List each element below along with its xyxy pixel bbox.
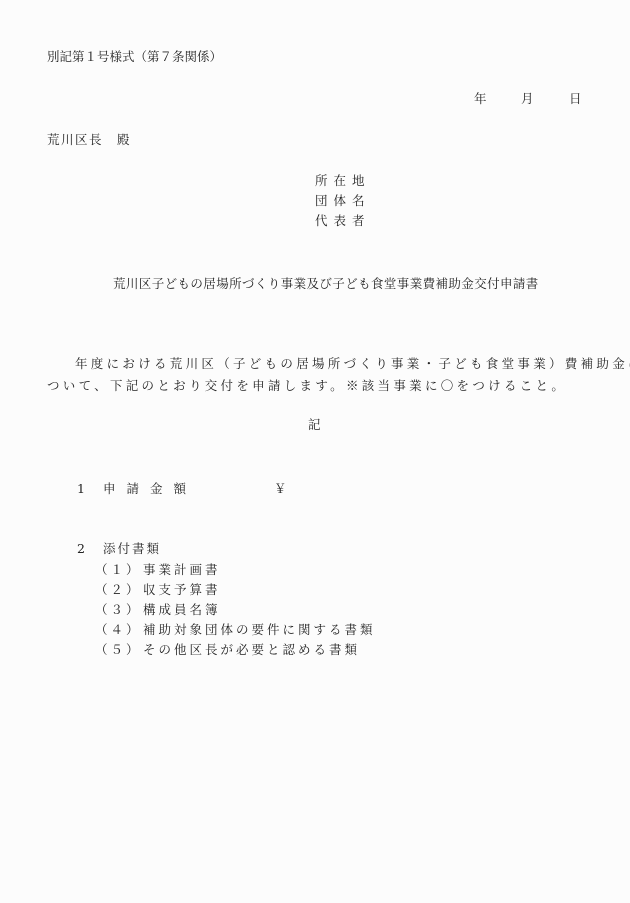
date-year-label: 年 — [474, 91, 487, 107]
yen-symbol: ￥ — [274, 481, 287, 497]
addressee: 荒川区長殿 — [47, 132, 131, 148]
item-label: 添付書類 — [103, 541, 161, 556]
addressee-name: 荒川区長 — [47, 132, 103, 147]
body-paragraph-line-2: ついて、下記のとおり交付を申請します。※該当事業に〇をつけること。 — [47, 378, 582, 394]
item-label: 申請金額 — [103, 481, 197, 496]
item-attachments: 2添付書類 — [77, 541, 161, 557]
date-month-label: 月 — [521, 91, 534, 107]
attachment-text: その他区長が必要と認める書類 — [143, 642, 360, 657]
attachment-list-item: （２）収支予算書 — [95, 582, 221, 598]
attachment-list-item: （１）事業計画書 — [95, 562, 221, 578]
item-number: 1 — [77, 481, 103, 497]
attachment-text: 補助対象団体の要件に関する書類 — [143, 622, 376, 637]
addressee-honorific: 殿 — [117, 132, 131, 147]
item-application-amount: 1申請金額 ￥ — [77, 481, 197, 497]
date-day-label: 日 — [569, 91, 582, 107]
applicant-representative-label: 代表者 — [315, 213, 371, 229]
item-number: 2 — [77, 541, 103, 557]
attachment-text: 構成員名簿 — [143, 602, 221, 617]
body-line-1-text: 年度における荒川区（子どもの居場所づくり事業・子ども食堂事業）費補助金に — [75, 356, 630, 371]
document-title: 荒川区子どもの居場所づくり事業及び子ども食堂事業費補助金交付申請書 — [113, 276, 539, 292]
ki-heading: 記 — [308, 417, 321, 433]
attachment-number: （４） — [95, 622, 143, 638]
applicant-organization-label: 団体名 — [315, 193, 371, 209]
attachment-number: （２） — [95, 582, 143, 598]
attachment-text: 事業計画書 — [143, 562, 221, 577]
attachment-number: （５） — [95, 642, 143, 658]
form-number-label: 別記第１号様式（第７条関係） — [47, 49, 222, 65]
attachment-number: （１） — [95, 562, 143, 578]
body-paragraph-line-1: 年度における荒川区（子どもの居場所づくり事業・子ども食堂事業）費補助金に — [47, 356, 582, 372]
attachment-list-item: （５）その他区長が必要と認める書類 — [95, 642, 360, 658]
attachment-list-item: （３）構成員名簿 — [95, 602, 221, 618]
applicant-address-label: 所在地 — [315, 173, 371, 189]
attachment-text: 収支予算書 — [143, 582, 221, 597]
attachment-number: （３） — [95, 602, 143, 618]
attachment-list-item: （４）補助対象団体の要件に関する書類 — [95, 622, 376, 638]
